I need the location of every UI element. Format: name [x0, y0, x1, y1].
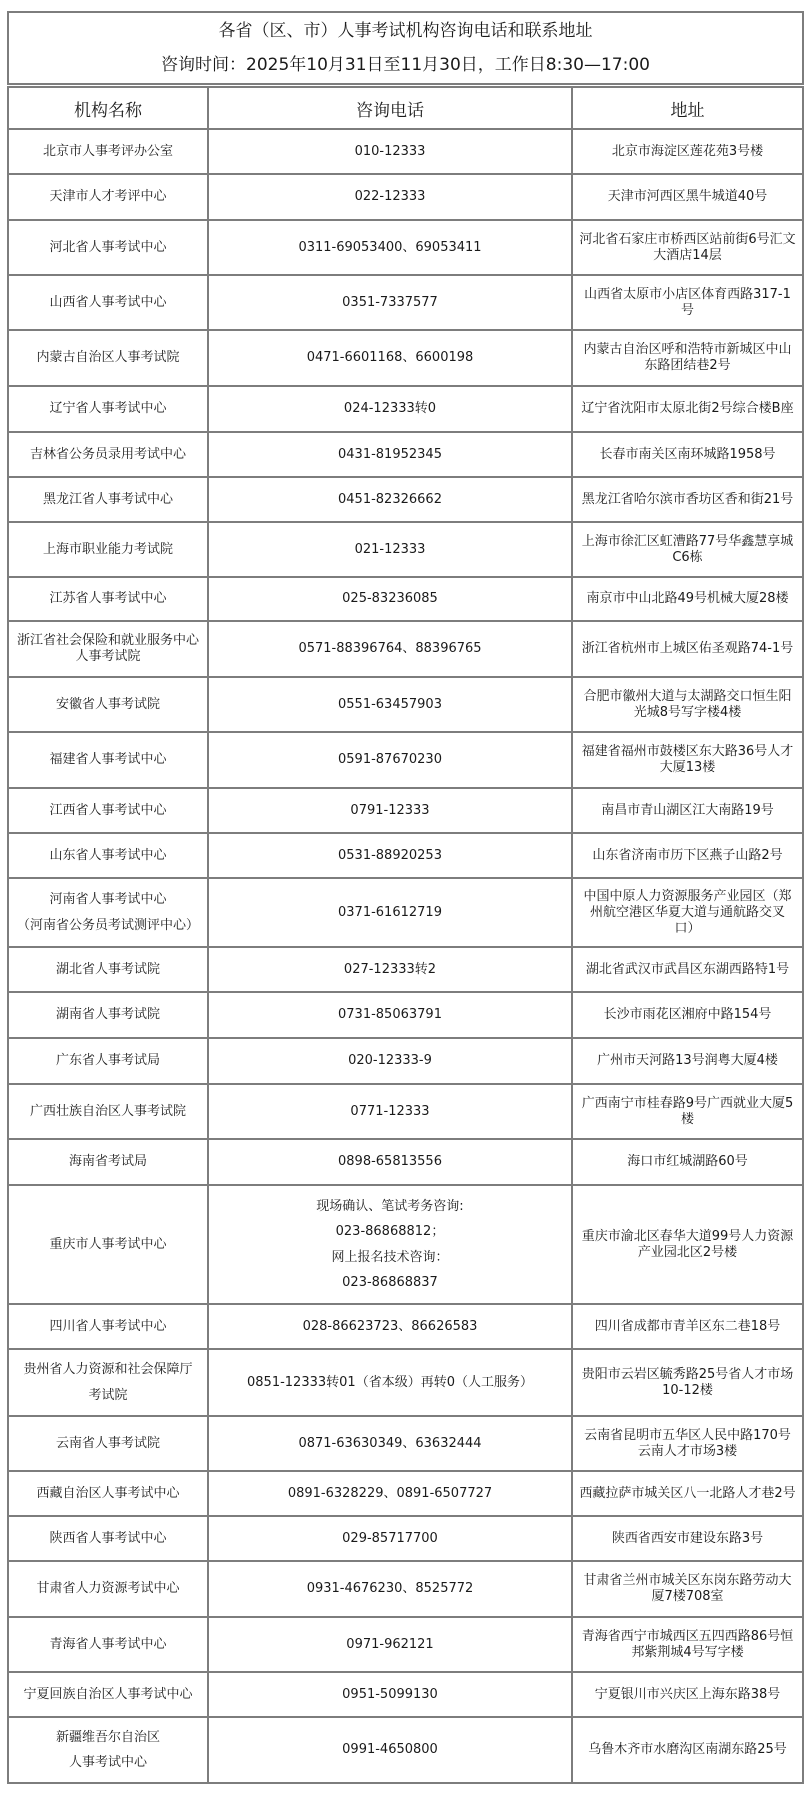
- institution-name-cell: 广东省人事考试局: [9, 1039, 209, 1085]
- table-row: 湖北省人事考试院027-12333转2湖北省武汉市武昌区东湖西路特1号: [9, 948, 804, 993]
- address-cell-text: 长沙市雨花区湘府中路154号: [604, 1007, 772, 1023]
- phone-cell-text: 现场确认、笔试考务咨询:023-86868812；网上报名技术咨询：023-86…: [316, 1194, 463, 1296]
- institution-name-cell: 内蒙古自治区人事考试院: [9, 331, 209, 387]
- address-cell: 西藏拉萨市城关区八一北路人才巷2号: [573, 1472, 804, 1517]
- table-row: 上海市职业能力考试院021-12333上海市徐汇区虹漕路77号华鑫慧享城 C6栋: [9, 523, 804, 578]
- institution-name-cell-text: 海南省考试局: [69, 1154, 147, 1170]
- phone-cell: 028-86623723、86626583: [209, 1305, 573, 1350]
- institution-name-cell-text: 浙江省社会保险和就业服务中心 人事考试院: [17, 633, 199, 665]
- address-cell: 内蒙古自治区呼和浩特市新城区中山 东路团结巷2号: [573, 331, 804, 387]
- table-row: 江苏省人事考试中心025-83236085南京市中山北路49号机械大厦28楼: [9, 578, 804, 622]
- table-row: 黑龙江省人事考试中心0451-82326662黑龙江省哈尔滨市香坊区香和街21号: [9, 478, 804, 523]
- column-header-address: 地址: [573, 88, 804, 130]
- institution-name-cell-text: 广西壮族自治区人事考试院: [30, 1104, 186, 1120]
- phone-cell-text: 0571-88396764、88396765: [298, 641, 481, 657]
- institution-name-cell-text: 黑龙江省人事考试中心: [43, 492, 173, 508]
- institution-name-cell-text: 河北省人事考试中心: [49, 240, 166, 256]
- table-row: 天津市人才考评中心022-12333天津市河西区黑牛城道40号: [9, 175, 804, 221]
- address-cell: 中国中原人力资源服务产业园区（郑 州航空港区华夏大道与通航路交叉 口）: [573, 879, 804, 948]
- address-cell-text: 甘肃省兰州市城关区东岗东路劳动大 厦7楼708室: [583, 1573, 791, 1605]
- phone-cell-text: 029-85717700: [342, 1531, 438, 1547]
- phone-cell: 0591-87670230: [209, 733, 573, 789]
- phone-cell: 029-85717700: [209, 1517, 573, 1562]
- institution-name-cell-text: 重庆市人事考试中心: [49, 1237, 166, 1253]
- address-cell-text: 合肥市徽州大道与太湖路交口恒生阳 光城8号写字楼4楼: [583, 689, 791, 721]
- address-cell: 青海省西宁市城西区五四西路86号恒 邦紫荆城4号写字楼: [573, 1618, 804, 1673]
- contact-table: 机构名称 咨询电话 地址 北京市人事考评办公室010-12333北京市海淀区莲花…: [7, 86, 804, 1784]
- address-cell: 湖北省武汉市武昌区东湖西路特1号: [573, 948, 804, 993]
- address-cell-text: 南京市中山北路49号机械大厦28楼: [586, 591, 788, 607]
- institution-name-cell-text: 甘肃省人力资源考试中心: [36, 1581, 179, 1597]
- institution-name-cell-text: 贵州省人力资源和社会保障厅考试院: [23, 1357, 192, 1408]
- address-cell: 甘肃省兰州市城关区东岗东路劳动大 厦7楼708室: [573, 1562, 804, 1618]
- address-cell-text: 内蒙古自治区呼和浩特市新城区中山 东路团结巷2号: [583, 342, 791, 374]
- institution-name-cell-text: 河南省人事考试中心（河南省公务员考试测评中心）: [17, 887, 199, 938]
- address-cell-text: 上海市徐汇区虹漕路77号华鑫慧享城 C6栋: [582, 534, 794, 566]
- institution-name-cell: 浙江省社会保险和就业服务中心 人事考试院: [9, 622, 209, 678]
- phone-line: 023-86868812；: [316, 1219, 463, 1245]
- column-header-label: 咨询电话: [356, 96, 424, 121]
- institution-name-cell: 天津市人才考评中心: [9, 175, 209, 221]
- phone-cell-text: 0451-82326662: [338, 492, 442, 508]
- institution-name-cell: 海南省考试局: [9, 1140, 209, 1186]
- address-cell-text: 天津市河西区黑牛城道40号: [608, 189, 768, 205]
- phone-cell: 0531-88920253: [209, 834, 573, 879]
- phone-cell: 020-12333-9: [209, 1039, 573, 1085]
- phone-cell: 0371-61612719: [209, 879, 573, 948]
- institution-name-cell: 重庆市人事考试中心: [9, 1186, 209, 1305]
- institution-name-cell: 青海省人事考试中心: [9, 1618, 209, 1673]
- institution-name-cell: 贵州省人力资源和社会保障厅考试院: [9, 1350, 209, 1417]
- address-cell: 合肥市徽州大道与太湖路交口恒生阳 光城8号写字楼4楼: [573, 678, 804, 733]
- phone-cell-text: 025-83236085: [342, 591, 438, 607]
- table-row: 山东省人事考试中心0531-88920253山东省济南市历下区燕子山路2号: [9, 834, 804, 879]
- address-cell: 广州市天河路13号润粤大厦4楼: [573, 1039, 804, 1085]
- institution-name-cell-text: 北京市人事考评办公室: [43, 144, 173, 160]
- address-cell-text: 广西南宁市桂春路9号广西就业大厦5 楼: [582, 1096, 794, 1128]
- phone-cell: 021-12333: [209, 523, 573, 578]
- phone-cell-text: 0951-5099130: [342, 1687, 438, 1703]
- address-cell: 北京市海淀区莲花苑3号楼: [573, 130, 804, 175]
- address-cell: 山西省太原市小店区体育西路317-1 号: [573, 276, 804, 331]
- column-header-label: 地址: [671, 96, 705, 121]
- institution-name-cell: 湖南省人事考试院: [9, 993, 209, 1039]
- address-cell-text: 贵阳市云岩区毓秀路25号省人才市场 10-12楼: [582, 1367, 794, 1399]
- institution-name-cell-text: 山东省人事考试中心: [49, 848, 166, 864]
- institution-name-cell: 宁夏回族自治区人事考试中心: [9, 1673, 209, 1718]
- institution-name-line: 新疆维吾尔自治区: [56, 1725, 160, 1751]
- column-header-phone: 咨询电话: [209, 88, 573, 130]
- table-row: 青海省人事考试中心0971-962121青海省西宁市城西区五四西路86号恒 邦紫…: [9, 1618, 804, 1673]
- table-row: 内蒙古自治区人事考试院0471-6601168、6600198内蒙古自治区呼和浩…: [9, 331, 804, 387]
- address-cell: 山东省济南市历下区燕子山路2号: [573, 834, 804, 879]
- table-row: 北京市人事考评办公室010-12333北京市海淀区莲花苑3号楼: [9, 130, 804, 175]
- phone-cell: 0571-88396764、88396765: [209, 622, 573, 678]
- phone-cell: 0731-85063791: [209, 993, 573, 1039]
- table-row: 甘肃省人力资源考试中心0931-4676230、8525772甘肃省兰州市城关区…: [9, 1562, 804, 1618]
- table-title: 各省（区、市）人事考试机构咨询电话和联系地址: [219, 14, 593, 48]
- phone-cell: 0551-63457903: [209, 678, 573, 733]
- phone-cell: 0471-6601168、6600198: [209, 331, 573, 387]
- institution-name-cell-text: 辽宁省人事考试中心: [49, 401, 166, 417]
- institution-name-cell-text: 云南省人事考试院: [56, 1436, 160, 1452]
- institution-name-cell-text: 广东省人事考试局: [56, 1053, 160, 1069]
- institution-name-cell-text: 新疆维吾尔自治区人事考试中心: [56, 1725, 160, 1776]
- institution-name-cell-text: 上海市职业能力考试院: [43, 542, 173, 558]
- phone-cell: 0451-82326662: [209, 478, 573, 523]
- institution-name-cell-text: 江苏省人事考试中心: [49, 591, 166, 607]
- address-cell: 宁夏银川市兴庆区上海东路38号: [573, 1673, 804, 1718]
- institution-name-cell: 辽宁省人事考试中心: [9, 387, 209, 433]
- phone-cell-text: 0471-6601168、6600198: [307, 350, 474, 366]
- institution-name-cell-text: 吉林省公务员录用考试中心: [30, 447, 186, 463]
- phone-cell-text: 0931-4676230、8525772: [307, 1581, 474, 1597]
- address-cell-text: 云南省昆明市五华区人民中路170号 云南人才市场3楼: [584, 1428, 791, 1460]
- institution-name-cell: 陕西省人事考试中心: [9, 1517, 209, 1562]
- phone-cell-text: 0731-85063791: [338, 1007, 442, 1023]
- institution-name-cell: 新疆维吾尔自治区人事考试中心: [9, 1718, 209, 1784]
- institution-name-cell-text: 福建省人事考试中心: [49, 752, 166, 768]
- institution-name-cell: 江苏省人事考试中心: [9, 578, 209, 622]
- phone-cell: 0791-12333: [209, 789, 573, 834]
- table-row: 云南省人事考试院0871-63630349、63632444云南省昆明市五华区人…: [9, 1417, 804, 1472]
- phone-cell: 024-12333转0: [209, 387, 573, 433]
- address-cell-text: 西藏拉萨市城关区八一北路人才巷2号: [579, 1486, 795, 1502]
- address-cell-text: 乌鲁木齐市水磨沟区南湖东路25号: [588, 1742, 787, 1758]
- phone-cell-text: 0371-61612719: [338, 905, 442, 921]
- address-cell-text: 中国中原人力资源服务产业园区（郑 州航空港区华夏大道与通航路交叉 口）: [583, 889, 791, 937]
- table-row: 安徽省人事考试院0551-63457903合肥市徽州大道与太湖路交口恒生阳 光城…: [9, 678, 804, 733]
- institution-name-cell: 甘肃省人力资源考试中心: [9, 1562, 209, 1618]
- institution-name-cell-text: 西藏自治区人事考试中心: [36, 1486, 179, 1502]
- table-row: 陕西省人事考试中心029-85717700陕西省西安市建设东路3号: [9, 1517, 804, 1562]
- phone-cell: 0931-4676230、8525772: [209, 1562, 573, 1618]
- phone-cell: 0311-69053400、69053411: [209, 221, 573, 276]
- consultation-time: 咨询时间：2025年10月31日至11月30日，工作日8:30—17:00: [161, 48, 650, 82]
- institution-name-cell: 吉林省公务员录用考试中心: [9, 433, 209, 478]
- institution-name-cell-text: 宁夏回族自治区人事考试中心: [23, 1687, 192, 1703]
- institution-name-cell: 西藏自治区人事考试中心: [9, 1472, 209, 1517]
- institution-name-line: 人事考试中心: [56, 1750, 160, 1776]
- table-row: 广东省人事考试局020-12333-9广州市天河路13号润粤大厦4楼: [9, 1039, 804, 1085]
- institution-name-cell-text: 山西省人事考试中心: [49, 295, 166, 311]
- address-cell: 云南省昆明市五华区人民中路170号 云南人才市场3楼: [573, 1417, 804, 1472]
- address-cell: 海口市红城湖路60号: [573, 1140, 804, 1186]
- institution-name-line: 考试院: [23, 1383, 192, 1409]
- table-row: 浙江省社会保险和就业服务中心 人事考试院0571-88396764、883967…: [9, 622, 804, 678]
- address-cell-text: 陕西省西安市建设东路3号: [612, 1531, 763, 1547]
- address-cell: 浙江省杭州市上城区佑圣观路74-1号: [573, 622, 804, 678]
- address-cell-text: 广州市天河路13号润粤大厦4楼: [597, 1053, 778, 1069]
- table-row: 河北省人事考试中心0311-69053400、69053411河北省石家庄市桥西…: [9, 221, 804, 276]
- phone-cell-text: 0851-12333转01（省本级）再转0（人工服务）: [247, 1375, 533, 1391]
- address-cell-text: 福建省福州市鼓楼区东大路36号人才 大厦13楼: [582, 744, 794, 776]
- address-cell: 长春市南关区南环城路1958号: [573, 433, 804, 478]
- table-row: 广西壮族自治区人事考试院0771-12333广西南宁市桂春路9号广西就业大厦5 …: [9, 1085, 804, 1140]
- table-row: 重庆市人事考试中心现场确认、笔试考务咨询:023-86868812；网上报名技术…: [9, 1186, 804, 1305]
- address-cell-text: 南昌市青山湖区江大南路19号: [601, 803, 774, 819]
- phone-cell-text: 0791-12333: [350, 803, 429, 819]
- phone-cell: 0871-63630349、63632444: [209, 1417, 573, 1472]
- address-cell-text: 山西省太原市小店区体育西路317-1 号: [584, 287, 791, 319]
- phone-cell-text: 0898-65813556: [338, 1154, 442, 1170]
- institution-name-line: （河南省公务员考试测评中心）: [17, 913, 199, 939]
- address-cell: 长沙市雨花区湘府中路154号: [573, 993, 804, 1039]
- table-body: 北京市人事考评办公室010-12333北京市海淀区莲花苑3号楼天津市人才考评中心…: [9, 130, 804, 1784]
- phone-cell: 0771-12333: [209, 1085, 573, 1140]
- phone-cell-text: 0771-12333: [350, 1104, 429, 1120]
- institution-name-line: 河南省人事考试中心: [17, 887, 199, 913]
- phone-cell: 0971-962121: [209, 1618, 573, 1673]
- institution-name-line: 贵州省人力资源和社会保障厅: [23, 1357, 192, 1383]
- institution-name-cell: 北京市人事考评办公室: [9, 130, 209, 175]
- address-cell: 重庆市渝北区春华大道99号人力资源 产业园北区2号楼: [573, 1186, 804, 1305]
- address-cell: 辽宁省沈阳市太原北街2号综合楼B座: [573, 387, 804, 433]
- phone-cell: 0951-5099130: [209, 1673, 573, 1718]
- phone-cell: 025-83236085: [209, 578, 573, 622]
- phone-cell-text: 0871-63630349、63632444: [298, 1436, 481, 1452]
- address-cell-text: 重庆市渝北区春华大道99号人力资源 产业园北区2号楼: [582, 1229, 794, 1261]
- phone-cell-text: 021-12333: [355, 542, 426, 558]
- phone-line: 网上报名技术咨询：: [316, 1245, 463, 1271]
- institution-name-cell: 河北省人事考试中心: [9, 221, 209, 276]
- address-cell-text: 四川省成都市青羊区东二巷18号: [595, 1319, 781, 1335]
- table-row: 吉林省公务员录用考试中心0431-81952345长春市南关区南环城路1958号: [9, 433, 804, 478]
- phone-cell: 0991-4650800: [209, 1718, 573, 1784]
- institution-name-cell: 黑龙江省人事考试中心: [9, 478, 209, 523]
- phone-cell-text: 0311-69053400、69053411: [298, 240, 481, 256]
- phone-cell: 022-12333: [209, 175, 573, 221]
- phone-cell-text: 0991-4650800: [342, 1742, 438, 1758]
- address-cell-text: 辽宁省沈阳市太原北街2号综合楼B座: [581, 401, 793, 417]
- table-row: 湖南省人事考试院0731-85063791长沙市雨花区湘府中路154号: [9, 993, 804, 1039]
- phone-line: 023-86868837: [316, 1270, 463, 1296]
- phone-cell-text: 0971-962121: [346, 1637, 433, 1653]
- address-cell-text: 黑龙江省哈尔滨市香坊区香和街21号: [582, 492, 794, 508]
- institution-name-cell-text: 青海省人事考试中心: [49, 1637, 166, 1653]
- phone-cell-text: 027-12333转2: [344, 962, 436, 978]
- institution-name-cell: 山西省人事考试中心: [9, 276, 209, 331]
- table-title-box: 各省（区、市）人事考试机构咨询电话和联系地址 咨询时间：2025年10月31日至…: [7, 11, 804, 85]
- address-cell: 贵阳市云岩区毓秀路25号省人才市场 10-12楼: [573, 1350, 804, 1417]
- address-cell-text: 宁夏银川市兴庆区上海东路38号: [595, 1687, 781, 1703]
- institution-name-cell: 福建省人事考试中心: [9, 733, 209, 789]
- institution-name-cell-text: 湖南省人事考试院: [56, 1007, 160, 1023]
- phone-cell-text: 020-12333-9: [348, 1053, 432, 1069]
- address-cell-text: 长春市南关区南环城路1958号: [599, 447, 775, 463]
- phone-cell-text: 0551-63457903: [338, 697, 442, 713]
- institution-name-cell: 安徽省人事考试院: [9, 678, 209, 733]
- column-header-label: 机构名称: [74, 96, 142, 121]
- phone-cell: 0351-7337577: [209, 276, 573, 331]
- institution-name-cell-text: 四川省人事考试中心: [49, 1319, 166, 1335]
- institution-name-cell-text: 江西省人事考试中心: [49, 803, 166, 819]
- phone-cell: 0891-6328229、0891-6507727: [209, 1472, 573, 1517]
- address-cell-text: 北京市海淀区莲花苑3号楼: [612, 144, 763, 160]
- phone-cell-text: 0431-81952345: [338, 447, 442, 463]
- address-cell: 黑龙江省哈尔滨市香坊区香和街21号: [573, 478, 804, 523]
- address-cell-text: 浙江省杭州市上城区佑圣观路74-1号: [582, 641, 794, 657]
- table-row: 贵州省人力资源和社会保障厅考试院0851-12333转01（省本级）再转0（人工…: [9, 1350, 804, 1417]
- table-row: 四川省人事考试中心028-86623723、86626583四川省成都市青羊区东…: [9, 1305, 804, 1350]
- table-row: 河南省人事考试中心（河南省公务员考试测评中心）0371-61612719中国中原…: [9, 879, 804, 948]
- phone-cell-text: 0591-87670230: [338, 752, 442, 768]
- phone-cell-text: 0531-88920253: [338, 848, 442, 864]
- phone-cell: 0851-12333转01（省本级）再转0（人工服务）: [209, 1350, 573, 1417]
- address-cell: 广西南宁市桂春路9号广西就业大厦5 楼: [573, 1085, 804, 1140]
- table-header-row: 机构名称 咨询电话 地址: [9, 88, 804, 130]
- institution-name-cell: 四川省人事考试中心: [9, 1305, 209, 1350]
- address-cell: 福建省福州市鼓楼区东大路36号人才 大厦13楼: [573, 733, 804, 789]
- table-row: 辽宁省人事考试中心024-12333转0辽宁省沈阳市太原北街2号综合楼B座: [9, 387, 804, 433]
- address-cell-text: 青海省西宁市城西区五四西路86号恒 邦紫荆城4号写字楼: [582, 1629, 794, 1661]
- address-cell-text: 湖北省武汉市武昌区东湖西路特1号: [586, 962, 789, 978]
- institution-name-cell: 江西省人事考试中心: [9, 789, 209, 834]
- institution-name-cell-text: 内蒙古自治区人事考试院: [36, 350, 179, 366]
- phone-cell-text: 022-12333: [355, 189, 426, 205]
- address-cell: 乌鲁木齐市水磨沟区南湖东路25号: [573, 1718, 804, 1784]
- phone-cell-text: 0891-6328229、0891-6507727: [288, 1486, 492, 1502]
- address-cell-text: 海口市红城湖路60号: [627, 1154, 748, 1170]
- phone-cell: 0898-65813556: [209, 1140, 573, 1186]
- address-cell-text: 河北省石家庄市桥西区站前街6号汇文 大酒店14层: [579, 232, 795, 264]
- institution-name-cell: 云南省人事考试院: [9, 1417, 209, 1472]
- institution-name-cell: 湖北省人事考试院: [9, 948, 209, 993]
- institution-name-cell: 河南省人事考试中心（河南省公务员考试测评中心）: [9, 879, 209, 948]
- phone-cell-text: 028-86623723、86626583: [303, 1319, 478, 1335]
- phone-cell-text: 024-12333转0: [344, 401, 436, 417]
- table-row: 海南省考试局0898-65813556海口市红城湖路60号: [9, 1140, 804, 1186]
- address-cell: 四川省成都市青羊区东二巷18号: [573, 1305, 804, 1350]
- table-row: 山西省人事考试中心0351-7337577山西省太原市小店区体育西路317-1 …: [9, 276, 804, 331]
- institution-name-cell: 山东省人事考试中心: [9, 834, 209, 879]
- institution-name-cell-text: 天津市人才考评中心: [49, 189, 166, 205]
- phone-cell: 现场确认、笔试考务咨询:023-86868812；网上报名技术咨询：023-86…: [209, 1186, 573, 1305]
- phone-cell-text: 0351-7337577: [342, 295, 438, 311]
- address-cell: 上海市徐汇区虹漕路77号华鑫慧享城 C6栋: [573, 523, 804, 578]
- table-row: 西藏自治区人事考试中心0891-6328229、0891-6507727西藏拉萨…: [9, 1472, 804, 1517]
- address-cell-text: 山东省济南市历下区燕子山路2号: [592, 848, 782, 864]
- phone-cell: 0431-81952345: [209, 433, 573, 478]
- institution-name-cell-text: 湖北省人事考试院: [56, 962, 160, 978]
- phone-line: 现场确认、笔试考务咨询:: [316, 1194, 463, 1220]
- phone-cell: 027-12333转2: [209, 948, 573, 993]
- address-cell: 天津市河西区黑牛城道40号: [573, 175, 804, 221]
- table-row: 新疆维吾尔自治区人事考试中心0991-4650800乌鲁木齐市水磨沟区南湖东路2…: [9, 1718, 804, 1784]
- phone-cell-text: 010-12333: [355, 144, 426, 160]
- phone-cell: 010-12333: [209, 130, 573, 175]
- address-cell: 陕西省西安市建设东路3号: [573, 1517, 804, 1562]
- address-cell: 河北省石家庄市桥西区站前街6号汇文 大酒店14层: [573, 221, 804, 276]
- institution-name-cell-text: 陕西省人事考试中心: [49, 1531, 166, 1547]
- table-row: 江西省人事考试中心0791-12333南昌市青山湖区江大南路19号: [9, 789, 804, 834]
- column-header-institution: 机构名称: [9, 88, 209, 130]
- institution-name-cell: 广西壮族自治区人事考试院: [9, 1085, 209, 1140]
- table-row: 福建省人事考试中心0591-87670230福建省福州市鼓楼区东大路36号人才 …: [9, 733, 804, 789]
- institution-name-cell-text: 安徽省人事考试院: [56, 697, 160, 713]
- address-cell: 南京市中山北路49号机械大厦28楼: [573, 578, 804, 622]
- table-row: 宁夏回族自治区人事考试中心0951-5099130宁夏银川市兴庆区上海东路38号: [9, 1673, 804, 1718]
- institution-name-cell: 上海市职业能力考试院: [9, 523, 209, 578]
- address-cell: 南昌市青山湖区江大南路19号: [573, 789, 804, 834]
